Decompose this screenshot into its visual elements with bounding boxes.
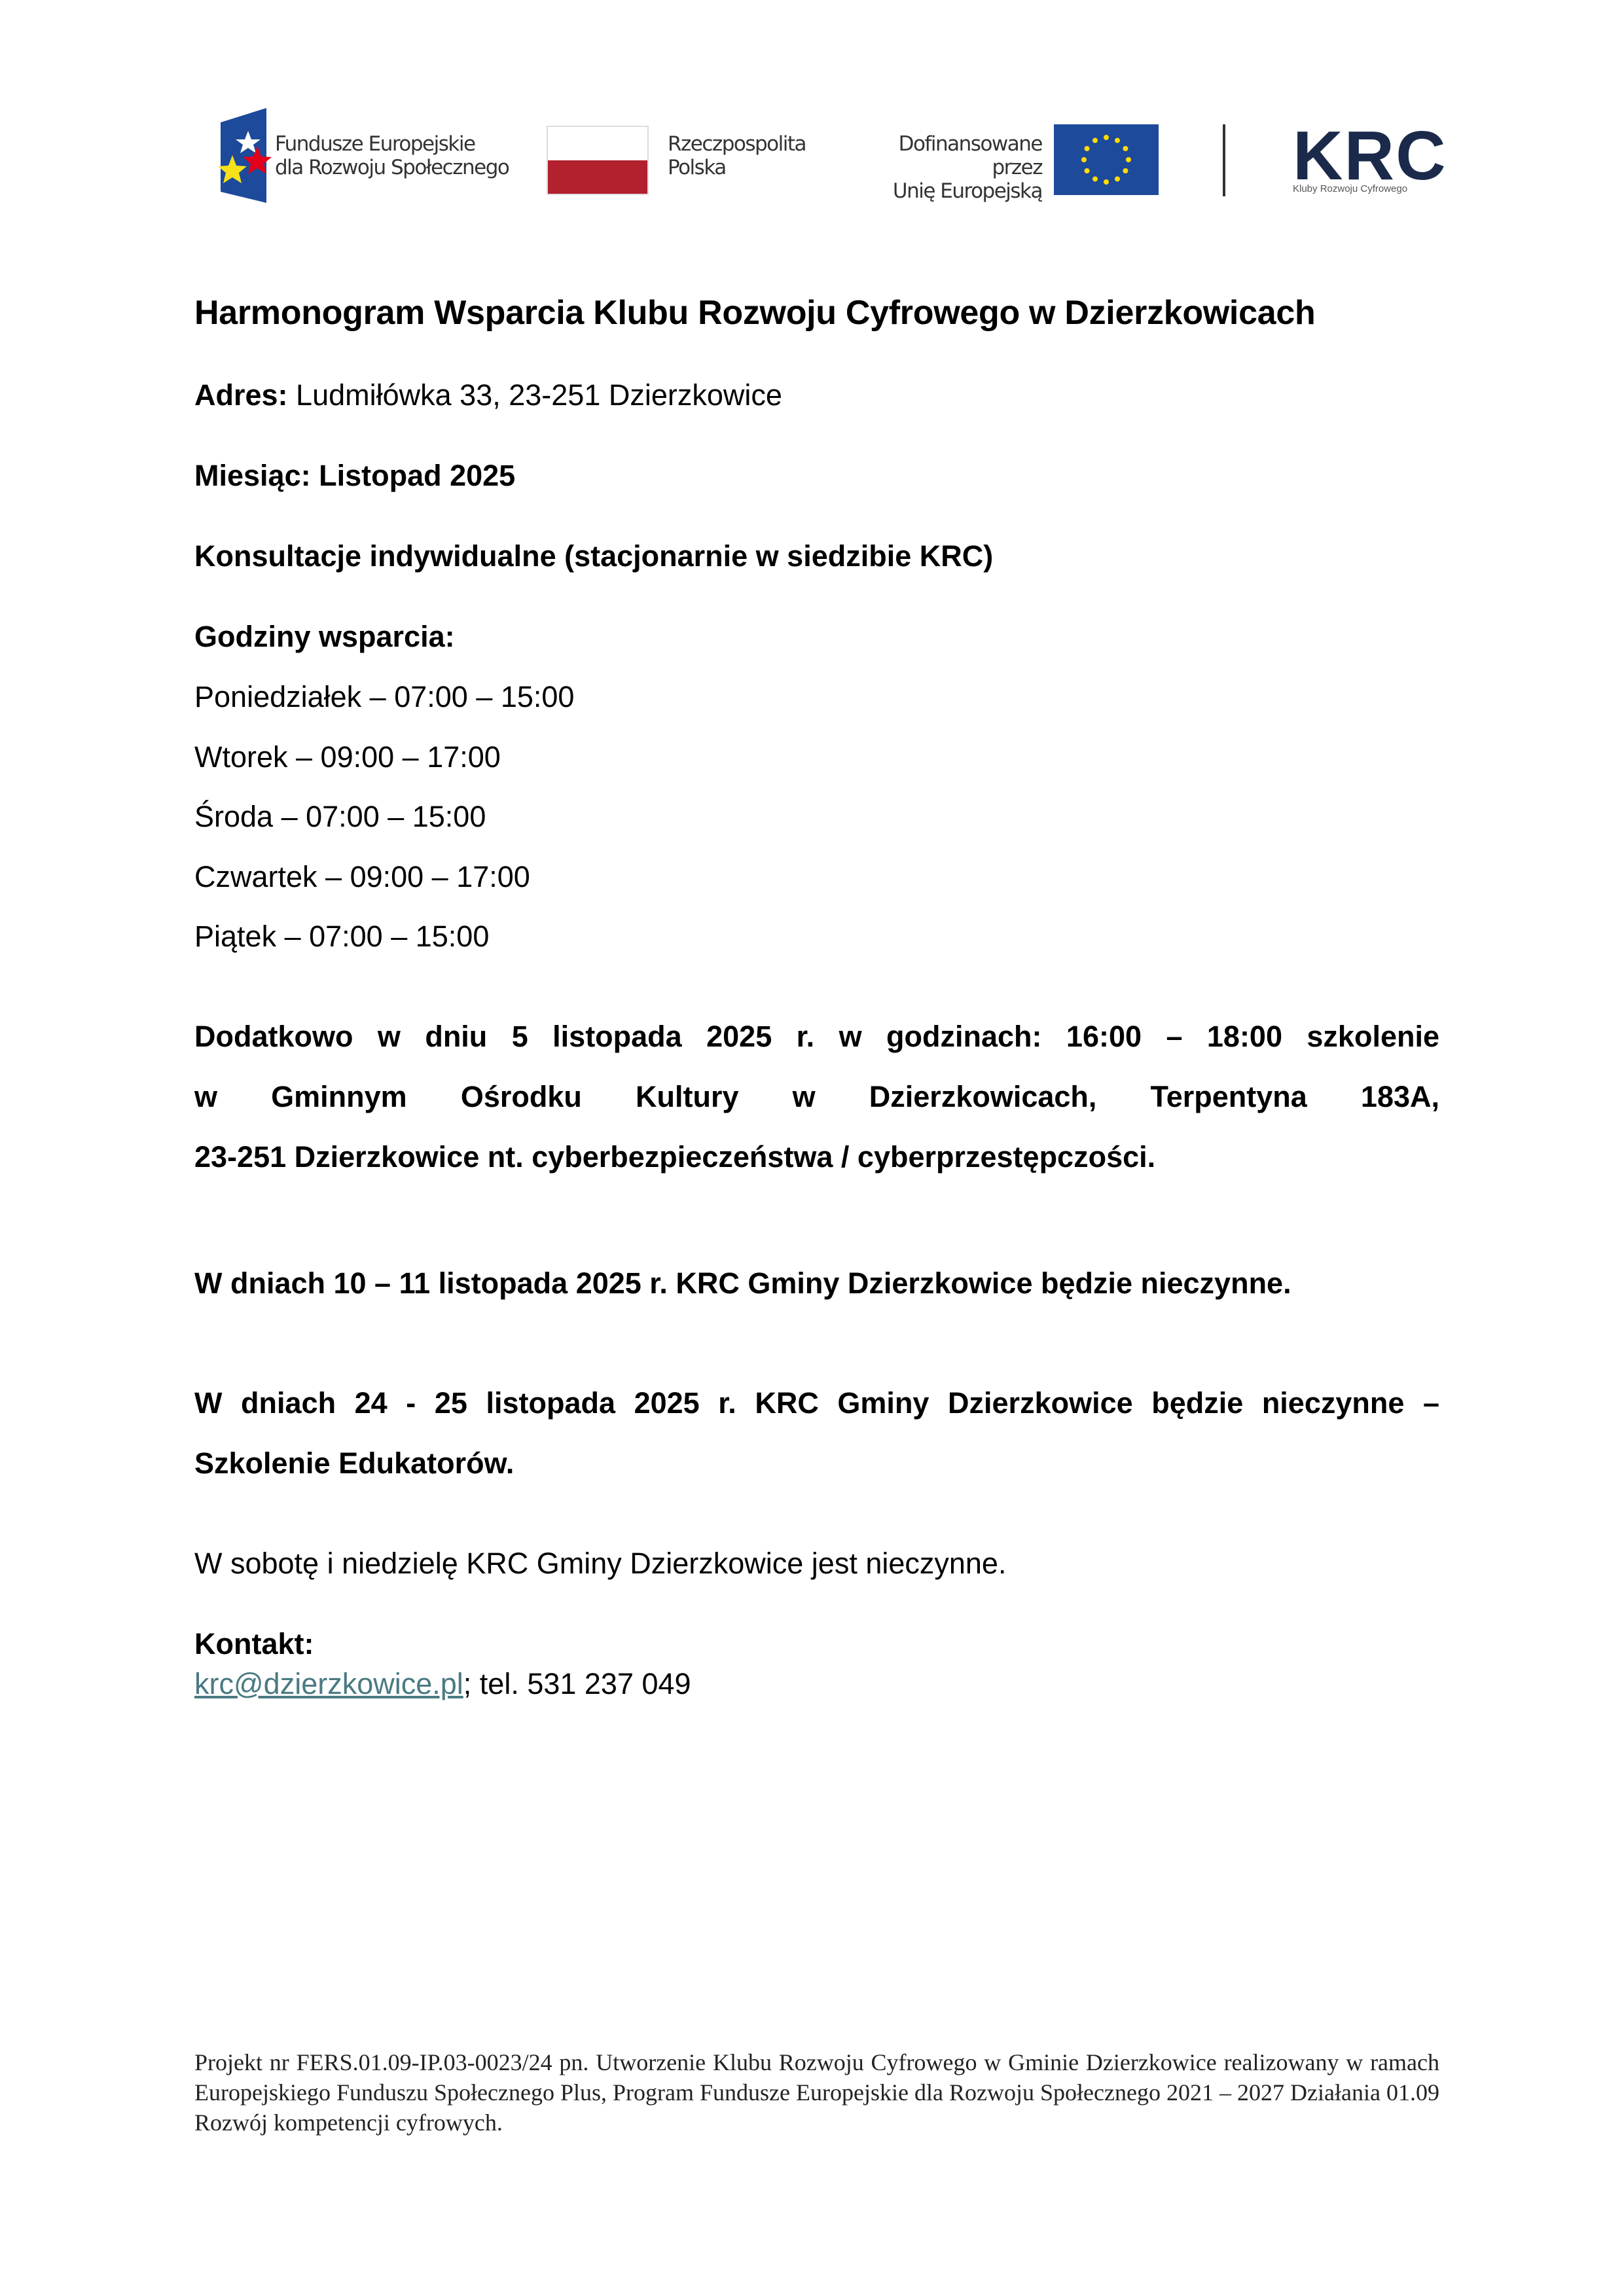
contact-heading: Kontakt: [194,1627,314,1661]
address-line: Adres: Ludmiłówka 33, 23-251 Dzierzkowic… [194,378,782,412]
pl-logo-line-2: Polska [668,156,806,179]
logo-divider [1223,124,1225,196]
consultations-heading: Konsultacje indywidualne (stacjonarnie w… [194,539,993,573]
extra-training-paragraph: Dodatkowo w dniu 5 listopada 2025 r. w g… [194,1007,1439,1187]
extra-training-line-1: Dodatkowo w dniu 5 listopada 2025 r. w g… [194,1007,1439,1067]
weekend-note: W sobotę i niedzielę KRC Gminy Dzierzkow… [194,1547,1006,1581]
eu-logo-text: Dofinansowane przez Unię Europejską [846,132,1042,203]
extra-training-line-3: 23-251 Dzierzkowice nt. cyberbezpieczeńs… [194,1127,1439,1187]
eu-flag-icon [1054,124,1159,195]
polish-flag-icon [547,126,649,195]
hours-heading: Godziny wsparcia: [194,620,455,654]
address-value: Ludmiłówka 33, 23-251 Dzierzkowice [288,378,782,412]
contact-phone: ; tel. 531 237 049 [463,1667,691,1700]
fundusze-europejskie-logo-icon [214,108,273,203]
hours-friday: Piątek – 07:00 – 15:00 [194,920,489,954]
address-label: Adres: [194,378,288,412]
project-footer: Projekt nr FERS.01.09-IP.03-0023/24 pn. … [194,2047,1439,2138]
contact-email-link[interactable]: krc@dzierzkowice.pl [194,1667,463,1700]
fe-logo-line-2: dla Rozwoju Społecznego [275,156,509,179]
pl-logo-text: Rzeczpospolita Polska [668,132,806,179]
header-logos: Fundusze Europejskie dla Rozwoju Społecz… [209,105,1427,209]
page-title: Harmonogram Wsparcia Klubu Rozwoju Cyfro… [194,293,1315,332]
fe-logo-text: Fundusze Europejskie dla Rozwoju Społecz… [275,132,509,179]
hours-monday: Poniedziałek – 07:00 – 15:00 [194,680,574,714]
fe-logo-line-1: Fundusze Europejskie [275,132,509,156]
contact-line: krc@dzierzkowice.pl; tel. 531 237 049 [194,1667,691,1701]
hours-wednesday: Środa – 07:00 – 15:00 [194,800,486,834]
krc-logo: KRC Kluby Rozwoju Cyfrowego [1293,123,1450,202]
eu-logo-line-2: Unię Europejską [846,179,1042,203]
eu-logo-line-1: Dofinansowane przez [846,132,1042,179]
closure-2-line-1: W dniach 24 - 25 listopada 2025 r. KRC G… [194,1373,1439,1433]
closure-2-line-2: Szkolenie Edukatorów. [194,1433,1439,1494]
month-line: Miesiąc: Listopad 2025 [194,459,515,493]
closure-notice-1: W dniach 10 – 11 listopada 2025 r. KRC G… [194,1266,1291,1300]
krc-logo-subtitle: Kluby Rozwoju Cyfrowego [1293,183,1407,194]
pl-logo-line-1: Rzeczpospolita [668,132,806,156]
closure-notice-2: W dniach 24 - 25 listopada 2025 r. KRC G… [194,1373,1439,1494]
extra-training-line-2: w Gminnym Ośrodku Kultury w Dzierzkowica… [194,1067,1439,1127]
hours-thursday: Czwartek – 09:00 – 17:00 [194,860,530,894]
hours-tuesday: Wtorek – 09:00 – 17:00 [194,740,501,774]
